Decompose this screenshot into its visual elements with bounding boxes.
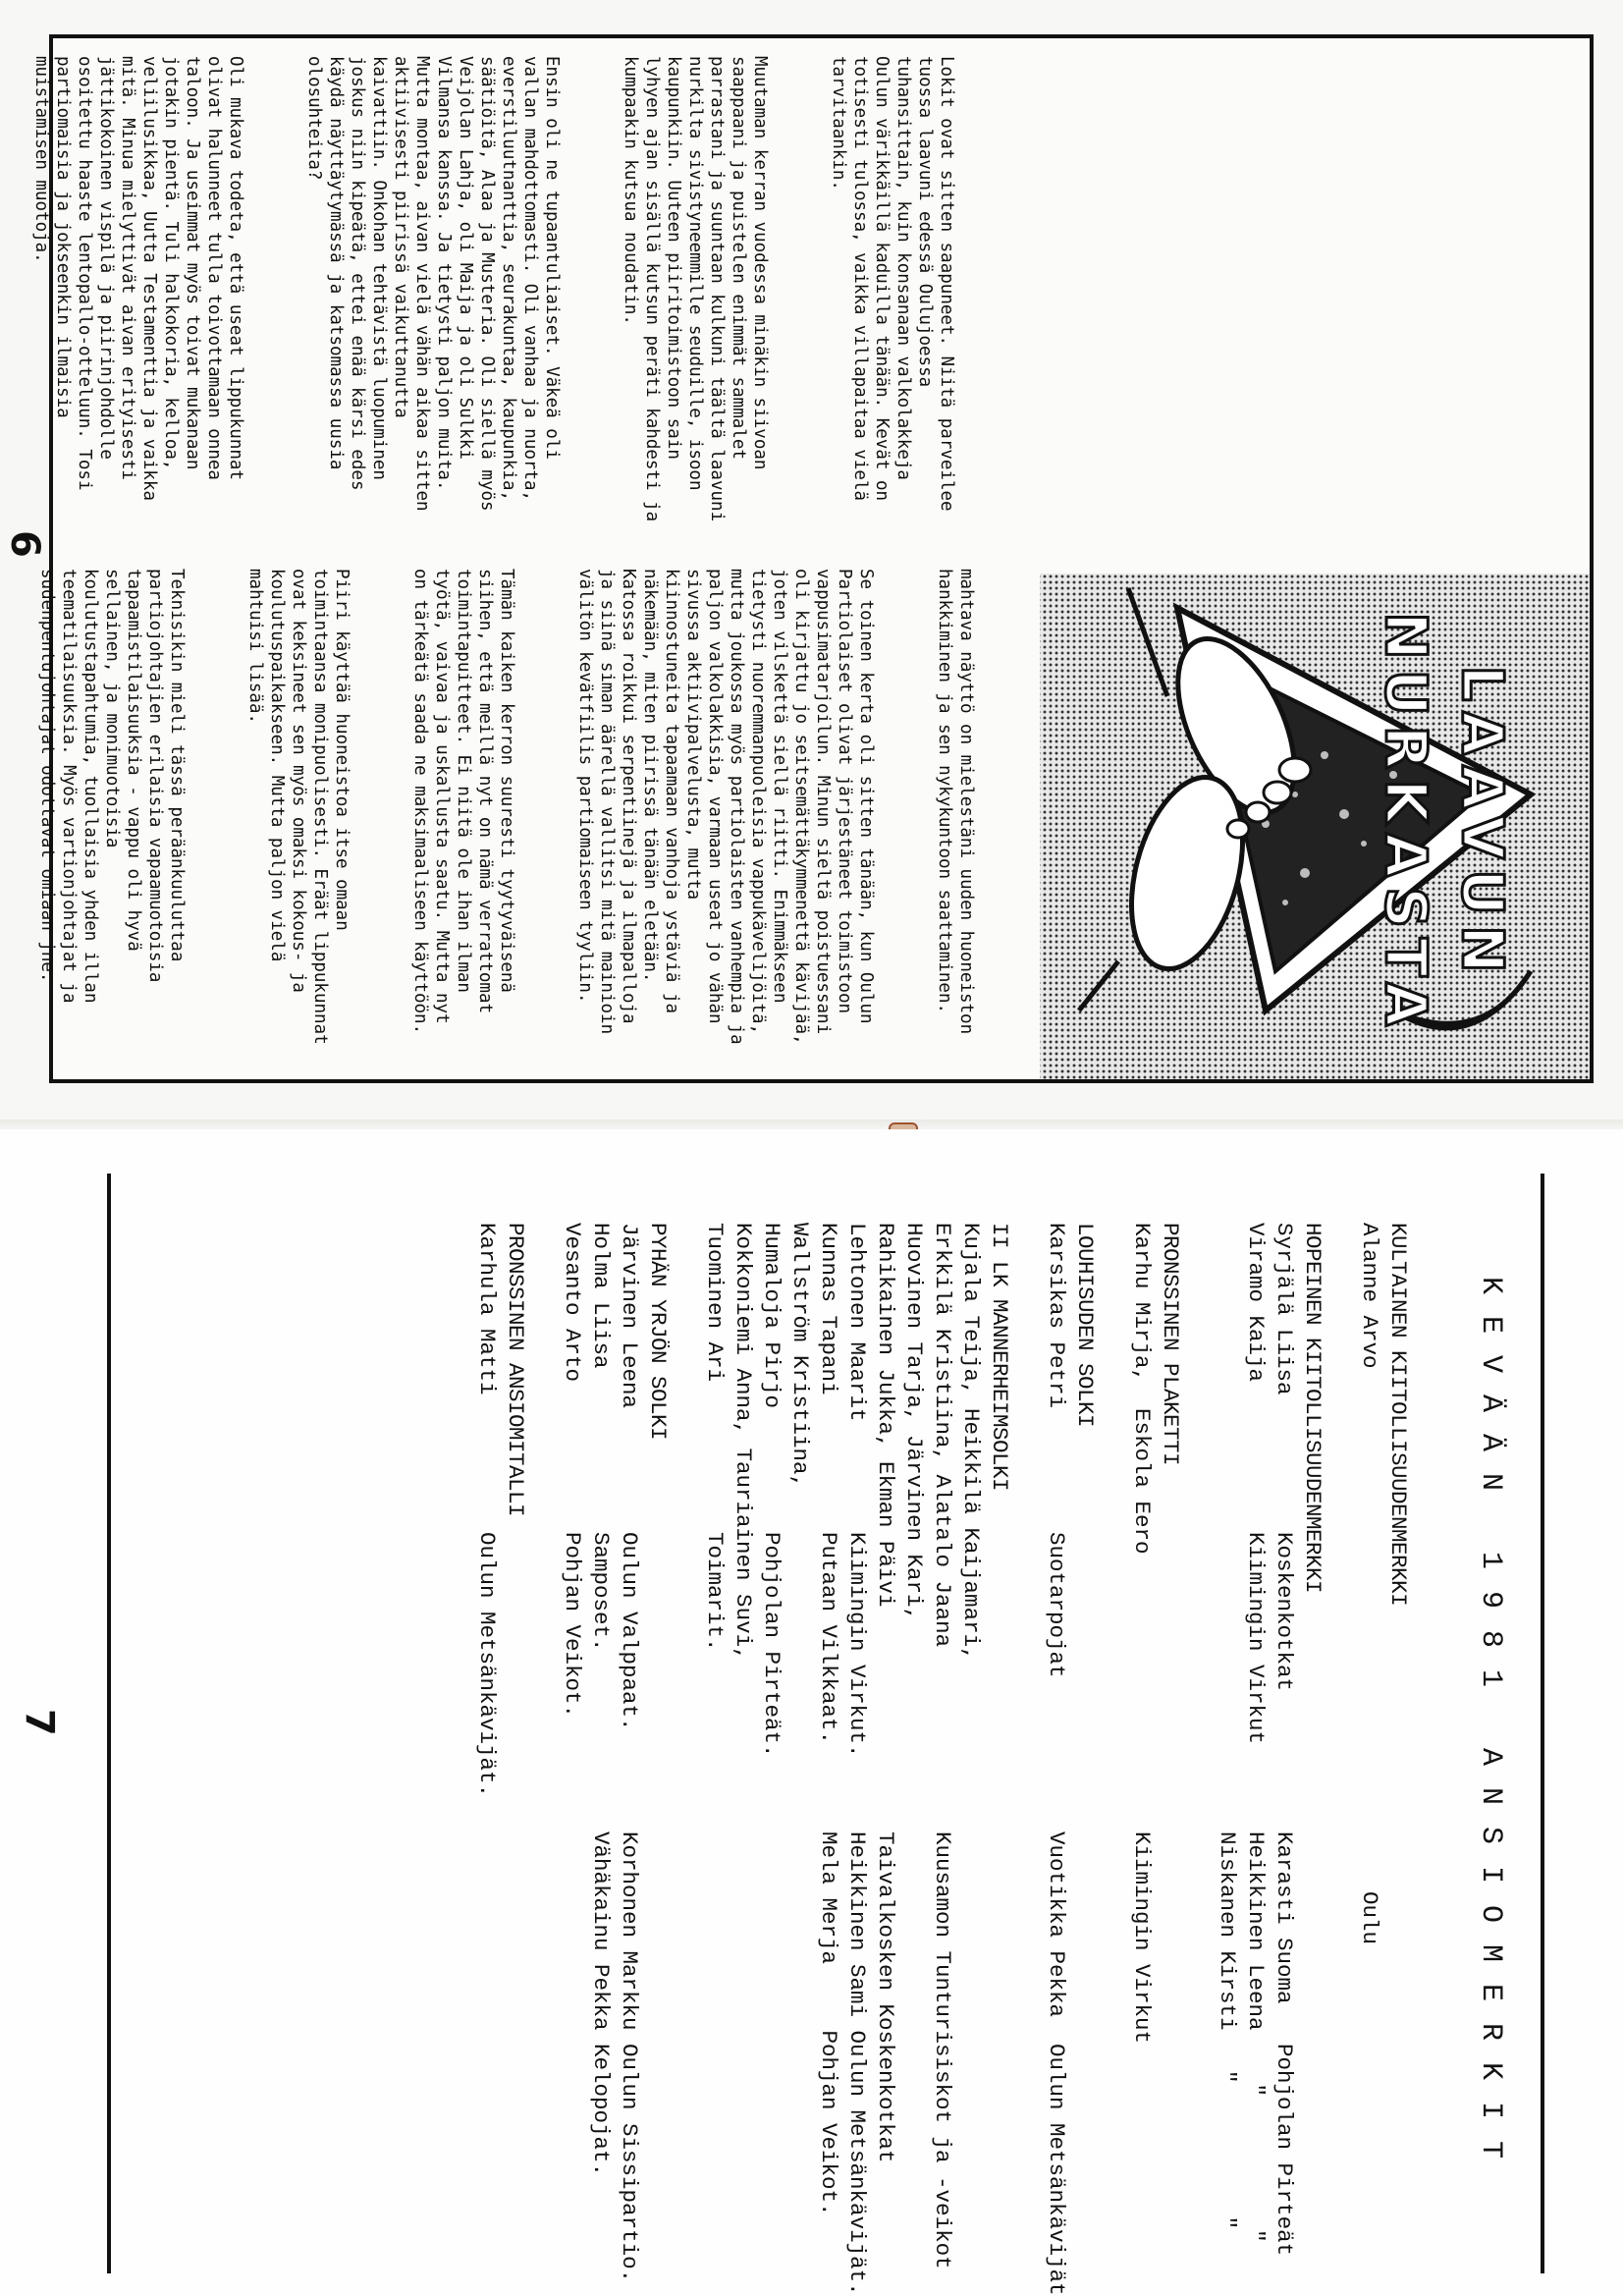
paragraph: Tämän kaiken kerron suuresti tyytyväisen… (409, 569, 517, 1050)
paragraph: Teknisikin mieli tässä peräänkuuluttaa p… (36, 569, 188, 1050)
award-title: PYHÄN YRJÖN SOLKI (643, 1223, 672, 2264)
page-heading: KEVÄÄN 1981 ANSIOMERKIT (1474, 1277, 1507, 2180)
recipient-group: Taivalkosken Koskenkotkat (871, 1831, 899, 2264)
recipient-group: Koskenkotkat (1270, 1532, 1298, 1831)
recipient-row: Kujala Teija, Heikkilä Kaijamari, (956, 1223, 985, 2264)
recipient-group: Suotarpojat (1042, 1532, 1070, 1831)
recipient-row: Viramo Kaija Kiimingin Virkut Heikkinen … (1241, 1223, 1270, 2264)
column-left: Lokit ovat sitten saapuneet. Niitä parve… (0, 56, 1001, 527)
recipient-row: Alanne Arvo Oulu (1355, 1223, 1383, 2264)
recipient-row: Järvinen LeenaOulun Valppaat.Korhonen Ma… (615, 1223, 643, 2264)
paragraph: Se toinen kerta oli sitten tänään, kun O… (574, 569, 877, 1050)
recipient-name (1213, 1223, 1241, 1532)
recipient-group: Oulun Valppaat. (615, 1532, 643, 1831)
recipient-extra: Korhonen Markku Oulun Sissipartio. (615, 1831, 643, 2282)
recipient-group (1213, 1532, 1241, 1831)
page-6: LAAVUN NURKASTA Lokit ovat sitten saapun… (0, 0, 1623, 1129)
page-6-upright: LAAVUN NURKASTA Lokit ovat sitten saapun… (0, 0, 1623, 1129)
recipient-name: Tuominen Ari (700, 1223, 729, 1532)
recipient-name: Kokkoniemi Anna, Tauriainen Suvi, (729, 1223, 757, 1831)
award-section: KULTAINEN KIITOLLISUUDENMERKKI Alanne Ar… (1355, 1223, 1412, 2264)
cartoon-illustration: LAAVUN NURKASTA (1040, 38, 1590, 1079)
paragraph: Lokit ovat sitten saapuneet. Niitä parve… (828, 56, 957, 527)
bottom-rule (107, 1174, 111, 2273)
title-line-1: LAAVUN (1444, 588, 1521, 1060)
top-rule (1541, 1174, 1544, 2273)
recipient-row: Karsikas Petri Suotarpojat Vuotikka Pekk… (1042, 1223, 1070, 2264)
column-right: mahtava näyttö on mielestäni uuden huone… (0, 569, 1020, 1050)
recipient-name: Syrjälä Liisa (1270, 1223, 1298, 1532)
recipient-group: Samposet. (586, 1532, 615, 1831)
recipient-name: Kujala Teija, Heikkilä Kaijamari, (956, 1223, 985, 1831)
recipient-group: Pohjolan Pirteät. (757, 1532, 785, 1831)
paragraph: mahtava näyttö on mielestäni uuden huone… (934, 569, 977, 1050)
recipient-group (899, 1831, 928, 2264)
award-title: PRONSSINEN ANSIOMITALLI (501, 1223, 529, 2264)
recipient-row: Wallström Kristiina, (785, 1223, 814, 2264)
recipient-group: Oulu (1355, 1532, 1383, 1944)
award-title: PRONSSINEN PLAKETTI (1156, 1223, 1184, 2264)
recipient-row: Tuominen AriToimarit. (700, 1223, 729, 2264)
recipient-group: Kiimingin Virkut (1127, 1831, 1156, 2264)
recipient-row: Holma LiisaSamposet.Vähäkainu Pekka Kelo… (586, 1223, 615, 2264)
recipient-extra: Mela Merja Pohjan Veikot. (814, 1831, 842, 2264)
recipient-name: Vesanto Arto (558, 1223, 586, 1532)
page-7: KEVÄÄN 1981 ANSIOMERKIT KULTAINEN KIITOL… (0, 1129, 1623, 2296)
recipient-row: Vesanto ArtoPohjan Veikot. (558, 1223, 586, 2264)
recipient-extra: Heikkinen Leena " " (1241, 1831, 1270, 2264)
award-title: II LK MANNERHEIMSOLKI (985, 1223, 1013, 2264)
paragraph: Piiri käyttää huoneistoa itse omaan toim… (244, 569, 352, 1050)
recipient-name: Viramo Kaija (1241, 1223, 1270, 1532)
recipient-row: Lehtonen MaaritKiimingin Virkut.Heikkine… (842, 1223, 871, 2264)
recipient-row: Kokkoniemi Anna, Tauriainen Suvi, (729, 1223, 757, 2264)
recipient-group: Toimarit. (700, 1532, 729, 1831)
award-title: KULTAINEN KIITOLLISUUDENMERKKI (1383, 1223, 1412, 2264)
recipient-extra: Niskanen Kirsti " " (1213, 1831, 1241, 2264)
recipient-row: Rahikainen Jukka, Ekman PäiviTaivalkoske… (871, 1223, 899, 2264)
award-section: PRONSSINEN ANSIOMITALLI Karhula MattiOul… (472, 1223, 529, 2264)
recipient-row: Erkkilä Kristiina, Alatalo JaanaKuusamon… (928, 1223, 956, 2264)
recipient-extra: Karasti Suoma Pohjolan Pirteät (1270, 1831, 1298, 2264)
paragraph: Oli mukava todeta, että useat lippukunna… (30, 56, 246, 527)
recipient-group: Putaan Vilkkaat. (814, 1532, 842, 1831)
recipient-group: Pohjan Veikot. (558, 1532, 586, 1831)
award-title: LOUHISUDEN SOLKI (1070, 1223, 1099, 2264)
recipient-name: Karhu Mirja, Eskola Eero (1127, 1223, 1156, 1831)
award-section: II LK MANNERHEIMSOLKI Kujala Teija, Heik… (700, 1223, 1013, 2264)
recipient-row: Huovinen Tarja, Järvinen Kari, (899, 1223, 928, 2264)
recipient-name: Humaloja Pirjo (757, 1223, 785, 1532)
recipient-name: Wallström Kristiina, (785, 1223, 814, 1831)
award-section: PYHÄN YRJÖN SOLKI Järvinen LeenaOulun Va… (558, 1223, 672, 2264)
recipient-name: Alanne Arvo (1355, 1223, 1383, 1532)
recipient-name: Lehtonen Maarit (842, 1223, 871, 1532)
recipient-group (956, 1831, 985, 2264)
title-line-2: NURKASTA (1368, 588, 1444, 1060)
recipient-name: Järvinen Leena (615, 1223, 643, 1532)
recipient-extra: Heikkinen Sami Oulun Metsänkävijät. (842, 1831, 871, 2296)
recipient-name: Holma Liisa (586, 1223, 615, 1532)
recipient-group: Kiimingin Virkut. (842, 1532, 871, 1831)
award-section: HOPEINEN KIITOLLISUUDENMERKKI Syrjälä Li… (1213, 1223, 1326, 2264)
article-title: LAAVUN NURKASTA (1368, 588, 1521, 1060)
paragraph: Ensin oli ne tupaantuliaiset. Väkeä oli … (303, 56, 563, 527)
page-number: 6 (2, 530, 47, 558)
recipient-group: Oulun Metsänkävijät. (472, 1532, 501, 1831)
recipient-row: Karhula MattiOulun Metsänkävijät. (472, 1223, 501, 2264)
recipient-name: Rahikainen Jukka, Ekman Päivi (871, 1223, 899, 1831)
recipient-name: Karsikas Petri (1042, 1223, 1070, 1532)
recipient-row: Humaloja PirjoPohjolan Pirteät. (757, 1223, 785, 2264)
recipient-row: Karhu Mirja, Eskola Eero Kiimingin Virku… (1127, 1223, 1156, 2264)
awards-list: KULTAINEN KIITOLLISUUDENMERKKI Alanne Ar… (444, 1223, 1412, 2264)
page-7-upright: KEVÄÄN 1981 ANSIOMERKIT KULTAINEN KIITOL… (0, 1129, 1623, 2296)
page-number: 7 (17, 1709, 62, 1736)
recipient-extra: Vuotikka Pekka Oulun Metsänkävijät (1042, 1831, 1070, 2296)
paragraph: Muutaman kerran vuodessa minäkin siivoan… (620, 56, 771, 527)
recipient-row: Syrjälä Liisa Koskenkotkat Karasti Suoma… (1270, 1223, 1298, 2264)
award-section: LOUHISUDEN SOLKI Karsikas Petri Suotarpo… (1042, 1223, 1099, 2264)
article-frame: LAAVUN NURKASTA Lokit ovat sitten saapun… (49, 34, 1594, 1083)
award-title: HOPEINEN KIITOLLISUUDENMERKKI (1298, 1223, 1326, 2264)
recipient-group: Kuusamon Tunturisiskot ja -veikot (928, 1831, 956, 2269)
recipient-name: Karhula Matti (472, 1223, 501, 1532)
recipient-row: Niskanen Kirsti " " (1213, 1223, 1241, 2264)
award-section: PRONSSINEN PLAKETTI Karhu Mirja, Eskola … (1127, 1223, 1184, 2264)
recipient-name: Kunnas Tapani (814, 1223, 842, 1532)
recipient-name: Huovinen Tarja, Järvinen Kari, (899, 1223, 928, 1831)
recipient-name: Erkkilä Kristiina, Alatalo Jaana (928, 1223, 956, 1831)
recipient-row: Kunnas TapaniPutaan Vilkkaat.Mela Merja … (814, 1223, 842, 2264)
recipient-extra: Vähäkainu Pekka Kelopojat. (586, 1831, 615, 2264)
recipient-group: Kiimingin Virkut (1241, 1532, 1270, 1831)
